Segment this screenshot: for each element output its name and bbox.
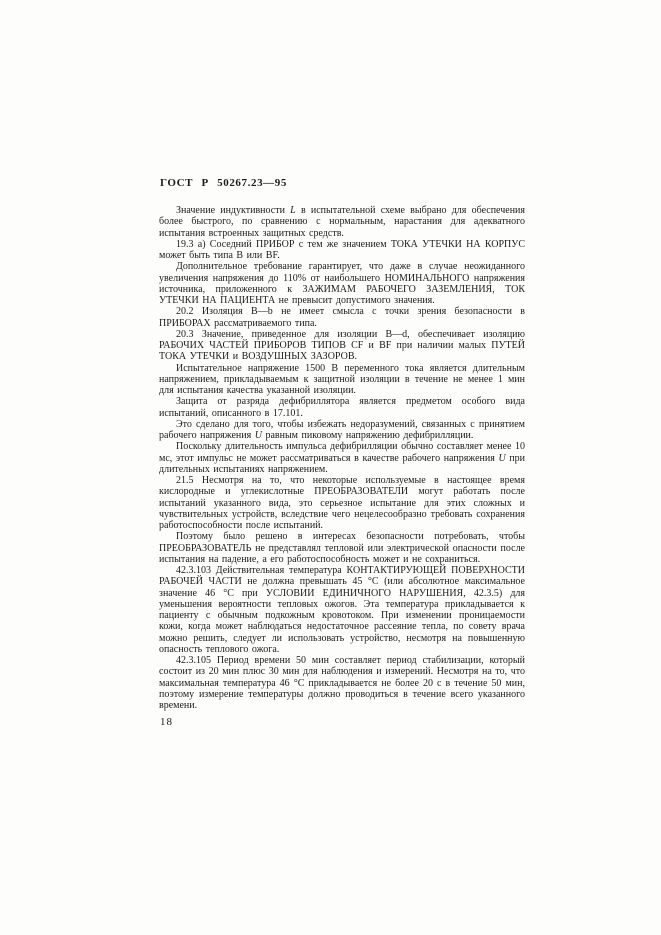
paragraph-text: Дополнительное требование гарантирует, ч… <box>159 261 525 306</box>
paragraph-text: 20.3 Значение, приведенное для изоляции … <box>159 329 525 363</box>
paragraph: Значение индуктивности L в испытательной… <box>159 205 525 239</box>
paragraph: Защита от разряда дефибриллятора являетс… <box>159 396 525 419</box>
paragraph-text: 42.3.105 Период времени 50 мин составляе… <box>159 655 525 711</box>
paragraph: Поскольку длительность импульса дефибрил… <box>159 441 525 475</box>
paragraph-text: равным пиковому напряжению дефибрилляции… <box>262 430 473 441</box>
document-page: ГОСТ Р 50267.23—95 Значение индуктивност… <box>0 0 661 935</box>
paragraph-text: 20.2 Изоляция B—b не имеет смысла с точк… <box>159 306 525 328</box>
paragraph-text: Защита от разряда дефибриллятора являетс… <box>159 396 525 418</box>
page-number: 18 <box>160 716 173 728</box>
document-header: ГОСТ Р 50267.23—95 <box>160 177 287 189</box>
paragraph: 21.5 Несмотря на то, что некоторые испол… <box>159 475 525 531</box>
variable-symbol: U <box>498 453 505 464</box>
paragraph: 42.3.105 Период времени 50 мин составляе… <box>159 655 525 711</box>
paragraph: 19.3 а) Соседний ПРИБОР с тем же значени… <box>159 239 525 262</box>
paragraph: 20.3 Значение, приведенное для изоляции … <box>159 329 525 363</box>
paragraph-text: Поэтому было решено в интересах безопасн… <box>159 531 525 565</box>
paragraph-text: Поскольку длительность импульса дефибрил… <box>159 441 525 463</box>
paragraph: Испытательное напряжение 1500 В переменн… <box>159 363 525 397</box>
paragraph-text: 19.3 а) Соседний ПРИБОР с тем же значени… <box>159 239 525 261</box>
paragraph-text: Значение индуктивности <box>176 205 290 216</box>
paragraph-text: 42.3.103 Действительная температура КОНТ… <box>159 565 525 655</box>
variable-symbol: U <box>255 430 262 441</box>
paragraph: 42.3.103 Действительная температура КОНТ… <box>159 565 525 655</box>
paragraph-text: 21.5 Несмотря на то, что некоторые испол… <box>159 475 525 531</box>
paragraph: Это сделано для того, чтобы избежать нед… <box>159 419 525 442</box>
paragraph-text: Испытательное напряжение 1500 В переменн… <box>159 363 525 397</box>
paragraph: 20.2 Изоляция B—b не имеет смысла с точк… <box>159 306 525 329</box>
paragraph: Поэтому было решено в интересах безопасн… <box>159 531 525 565</box>
document-body: Значение индуктивности L в испытательной… <box>159 205 525 711</box>
paragraph: Дополнительное требование гарантирует, ч… <box>159 261 525 306</box>
